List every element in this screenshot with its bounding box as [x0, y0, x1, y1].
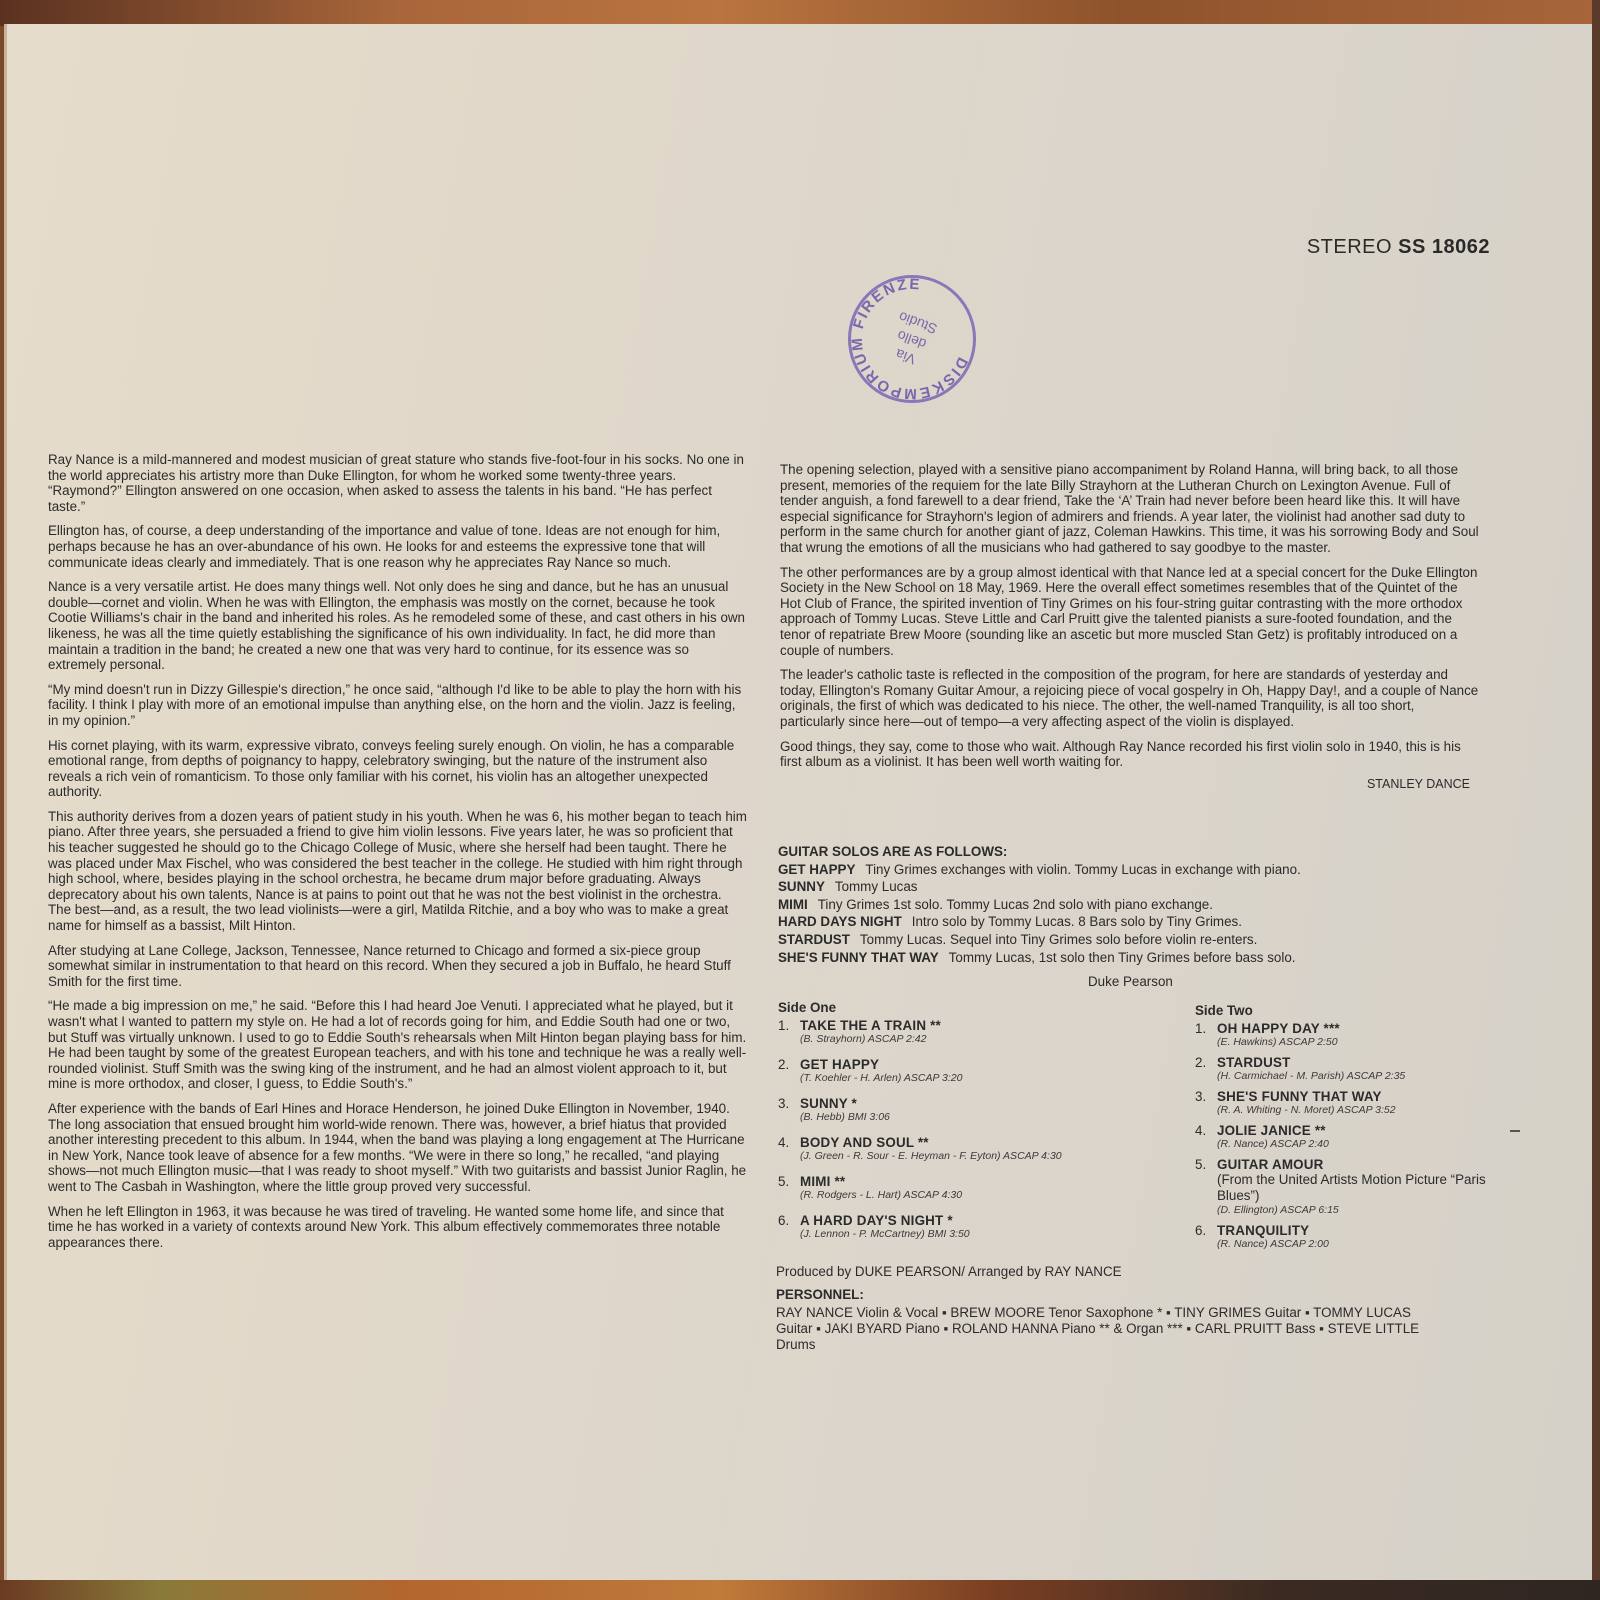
track-number: 6. — [778, 1213, 800, 1241]
track-title: GET HAPPY — [800, 1057, 962, 1072]
track-title: JOLIE JANICE ** — [1217, 1123, 1329, 1138]
track-number: 4. — [1195, 1123, 1217, 1151]
track-body: MIMI **(R. Rodgers - L. Hart) ASCAP 4:30 — [800, 1174, 962, 1202]
solo-song: SHE'S FUNNY THAT WAY — [778, 950, 939, 965]
liner-paragraph: Nance is a very versatile artist. He doe… — [48, 579, 748, 673]
side-two-label: Side Two — [1195, 1003, 1515, 1018]
track-number: 5. — [1195, 1157, 1217, 1217]
solo-song: GET HAPPY — [778, 862, 855, 877]
track-number: 2. — [778, 1057, 800, 1085]
liner-paragraph: His cornet playing, with its warm, expre… — [48, 738, 748, 800]
solo-item: MIMITiny Grimes 1st solo. Tommy Lucas 2n… — [778, 896, 1478, 914]
track-credit: (R. Nance) ASCAP 2:00 — [1217, 1238, 1329, 1251]
solo-song: SUNNY — [778, 879, 825, 894]
track-item: 5.GUITAR AMOUR(From the United Artists M… — [1195, 1157, 1515, 1217]
track-note: (From the United Artists Motion Picture … — [1217, 1172, 1515, 1204]
track-number: 5. — [778, 1174, 800, 1202]
track-body: TAKE THE A TRAIN **(B. Strayhorn) ASCAP … — [800, 1018, 941, 1046]
track-number: 4. — [778, 1135, 800, 1163]
track-number: 6. — [1195, 1223, 1217, 1251]
track-credit: (T. Koehler - H. Arlen) ASCAP 3:20 — [800, 1072, 962, 1085]
stamp-icon: DISKEMPORIUM FIRENZE Via dello Studio — [848, 275, 976, 403]
track-item: 1.TAKE THE A TRAIN **(B. Strayhorn) ASCA… — [778, 1018, 1178, 1046]
wood-frame-top — [0, 0, 1600, 26]
track-body: BODY AND SOUL **(J. Green - R. Sour - E.… — [800, 1135, 1062, 1163]
liner-notes-right: The opening selection, played with a sen… — [780, 462, 1480, 792]
guitar-solos: GUITAR SOLOS ARE AS FOLLOWS: GET HAPPYTi… — [778, 843, 1478, 966]
stray-mark — [1510, 1130, 1520, 1132]
track-title: STARDUST — [1217, 1055, 1405, 1070]
track-credit: (D. Ellington) ASCAP 6:15 — [1217, 1204, 1515, 1217]
liner-paragraph: Good things, they say, come to those who… — [780, 739, 1480, 770]
track-title: MIMI ** — [800, 1174, 962, 1189]
wood-frame-right — [1592, 0, 1600, 1600]
liner-paragraph: This authority derives from a dozen year… — [48, 809, 748, 934]
liner-paragraph: Ellington has, of course, a deep underst… — [48, 523, 748, 570]
format-label: STEREO — [1307, 236, 1392, 258]
track-item: 6.TRANQUILITY(R. Nance) ASCAP 2:00 — [1195, 1223, 1515, 1251]
liner-paragraph: The other performances are by a group al… — [780, 565, 1480, 659]
liner-paragraph: The opening selection, played with a sen… — [780, 462, 1480, 556]
solo-desc: Tommy Lucas — [835, 879, 918, 894]
liner-paragraph: When he left Ellington in 1963, it was b… — [48, 1204, 748, 1251]
track-number: 1. — [778, 1018, 800, 1046]
track-title: SUNNY * — [800, 1096, 890, 1111]
track-title: GUITAR AMOUR — [1217, 1157, 1515, 1172]
track-item: 3.SUNNY *(B. Hebb) BMI 3:06 — [778, 1096, 1178, 1124]
track-number: 2. — [1195, 1055, 1217, 1083]
solo-song: STARDUST — [778, 932, 850, 947]
solo-song: HARD DAYS NIGHT — [778, 914, 902, 929]
catalog-number: SS 18062 — [1398, 236, 1490, 258]
wood-frame-bottom — [0, 1580, 1600, 1600]
track-body: TRANQUILITY(R. Nance) ASCAP 2:00 — [1217, 1223, 1329, 1251]
track-item: 6.A HARD DAY'S NIGHT *(J. Lennon - P. Mc… — [778, 1213, 1178, 1241]
liner-paragraph: The leader's catholic taste is reflected… — [780, 667, 1480, 729]
track-credit: (H. Carmichael - M. Parish) ASCAP 2:35 — [1217, 1070, 1405, 1083]
track-title: BODY AND SOUL ** — [800, 1135, 1062, 1150]
track-body: GUITAR AMOUR(From the United Artists Mot… — [1217, 1157, 1515, 1217]
track-body: A HARD DAY'S NIGHT *(J. Lennon - P. McCa… — [800, 1213, 970, 1241]
track-credit: (J. Green - R. Sour - E. Heyman - F. Eyt… — [800, 1150, 1062, 1163]
author-signature: STANLEY DANCE — [780, 777, 1470, 793]
solo-item: SHE'S FUNNY THAT WAYTommy Lucas, 1st sol… — [778, 949, 1478, 967]
personnel-list: RAY NANCE Violin & Vocal ▪ BREW MOORE Te… — [776, 1305, 1419, 1352]
tracklist-side-one: Side One 1.TAKE THE A TRAIN **(B. Strayh… — [778, 1000, 1178, 1252]
liner-paragraph: “My mind doesn't run in Dizzy Gillespie'… — [48, 682, 748, 729]
track-item: 4.JOLIE JANICE **(R. Nance) ASCAP 2:40 — [1195, 1123, 1515, 1151]
liner-paragraph: After studying at Lane College, Jackson,… — [48, 943, 748, 990]
catalog-label: STEREO SS 18062 — [1307, 236, 1490, 259]
solo-item: HARD DAYS NIGHTIntro solo by Tommy Lucas… — [778, 913, 1478, 931]
solo-desc: Tiny Grimes 1st solo. Tommy Lucas 2nd so… — [818, 897, 1213, 912]
track-title: SHE'S FUNNY THAT WAY — [1217, 1089, 1396, 1104]
track-credit: (J. Lennon - P. McCartney) BMI 3:50 — [800, 1228, 970, 1241]
liner-notes-left: Ray Nance is a mild-mannered and modest … — [48, 452, 748, 1259]
track-body: GET HAPPY(T. Koehler - H. Arlen) ASCAP 3… — [800, 1057, 962, 1085]
track-item: 4.BODY AND SOUL **(J. Green - R. Sour - … — [778, 1135, 1178, 1163]
solo-desc: Tiny Grimes exchanges with violin. Tommy… — [865, 862, 1300, 877]
track-item: 2.GET HAPPY(T. Koehler - H. Arlen) ASCAP… — [778, 1057, 1178, 1085]
track-title: TRANQUILITY — [1217, 1223, 1329, 1238]
solos-attribution: Duke Pearson — [1088, 974, 1173, 989]
store-stamp: DISKEMPORIUM FIRENZE Via dello Studio — [848, 275, 976, 403]
track-credit: (R. Nance) ASCAP 2:40 — [1217, 1138, 1329, 1151]
tracklist-side-two: Side Two 1.OH HAPPY DAY ***(E. Hawkins) … — [1195, 1003, 1515, 1257]
solo-item: GET HAPPYTiny Grimes exchanges with viol… — [778, 861, 1478, 879]
track-title: A HARD DAY'S NIGHT * — [800, 1213, 970, 1228]
track-body: SHE'S FUNNY THAT WAY(R. A. Whiting - N. … — [1217, 1089, 1396, 1117]
liner-paragraph: Ray Nance is a mild-mannered and modest … — [48, 452, 748, 514]
track-credit: (B. Hebb) BMI 3:06 — [800, 1111, 890, 1124]
track-item: 5.MIMI **(R. Rodgers - L. Hart) ASCAP 4:… — [778, 1174, 1178, 1202]
solo-item: SUNNYTommy Lucas — [778, 878, 1478, 896]
solo-desc: Tommy Lucas, 1st solo then Tiny Grimes b… — [949, 950, 1296, 965]
track-body: JOLIE JANICE **(R. Nance) ASCAP 2:40 — [1217, 1123, 1329, 1151]
track-credit: (E. Hawkins) ASCAP 2:50 — [1217, 1036, 1340, 1049]
track-item: 1.OH HAPPY DAY ***(E. Hawkins) ASCAP 2:5… — [1195, 1021, 1515, 1049]
track-title: OH HAPPY DAY *** — [1217, 1021, 1340, 1036]
solo-song: MIMI — [778, 897, 808, 912]
track-credit: (R. Rodgers - L. Hart) ASCAP 4:30 — [800, 1189, 962, 1202]
track-body: OH HAPPY DAY ***(E. Hawkins) ASCAP 2:50 — [1217, 1021, 1340, 1049]
personnel-heading: PERSONNEL: — [776, 1287, 1436, 1303]
producer-credit: Produced by DUKE PEARSON/ Arranged by RA… — [776, 1264, 1122, 1279]
personnel: PERSONNEL: RAY NANCE Violin & Vocal ▪ BR… — [776, 1287, 1436, 1353]
track-number: 1. — [1195, 1021, 1217, 1049]
track-credit: (R. A. Whiting - N. Moret) ASCAP 3:52 — [1217, 1104, 1396, 1117]
track-body: SUNNY *(B. Hebb) BMI 3:06 — [800, 1096, 890, 1124]
track-number: 3. — [1195, 1089, 1217, 1117]
liner-paragraph: After experience with the bands of Earl … — [48, 1101, 748, 1195]
track-number: 3. — [778, 1096, 800, 1124]
liner-paragraph: “He made a big impression on me,” he sai… — [48, 998, 748, 1092]
track-title: TAKE THE A TRAIN ** — [800, 1018, 941, 1033]
track-item: 2.STARDUST(H. Carmichael - M. Parish) AS… — [1195, 1055, 1515, 1083]
guitar-solos-heading: GUITAR SOLOS ARE AS FOLLOWS: — [778, 843, 1478, 861]
solo-desc: Intro solo by Tommy Lucas. 8 Bars solo b… — [912, 914, 1242, 929]
solo-item: STARDUSTTommy Lucas. Sequel into Tiny Gr… — [778, 931, 1478, 949]
side-one-label: Side One — [778, 1000, 1178, 1015]
track-credit: (B. Strayhorn) ASCAP 2:42 — [800, 1033, 941, 1046]
solo-desc: Tommy Lucas. Sequel into Tiny Grimes sol… — [860, 932, 1257, 947]
track-item: 3.SHE'S FUNNY THAT WAY(R. A. Whiting - N… — [1195, 1089, 1515, 1117]
track-body: STARDUST(H. Carmichael - M. Parish) ASCA… — [1217, 1055, 1405, 1083]
